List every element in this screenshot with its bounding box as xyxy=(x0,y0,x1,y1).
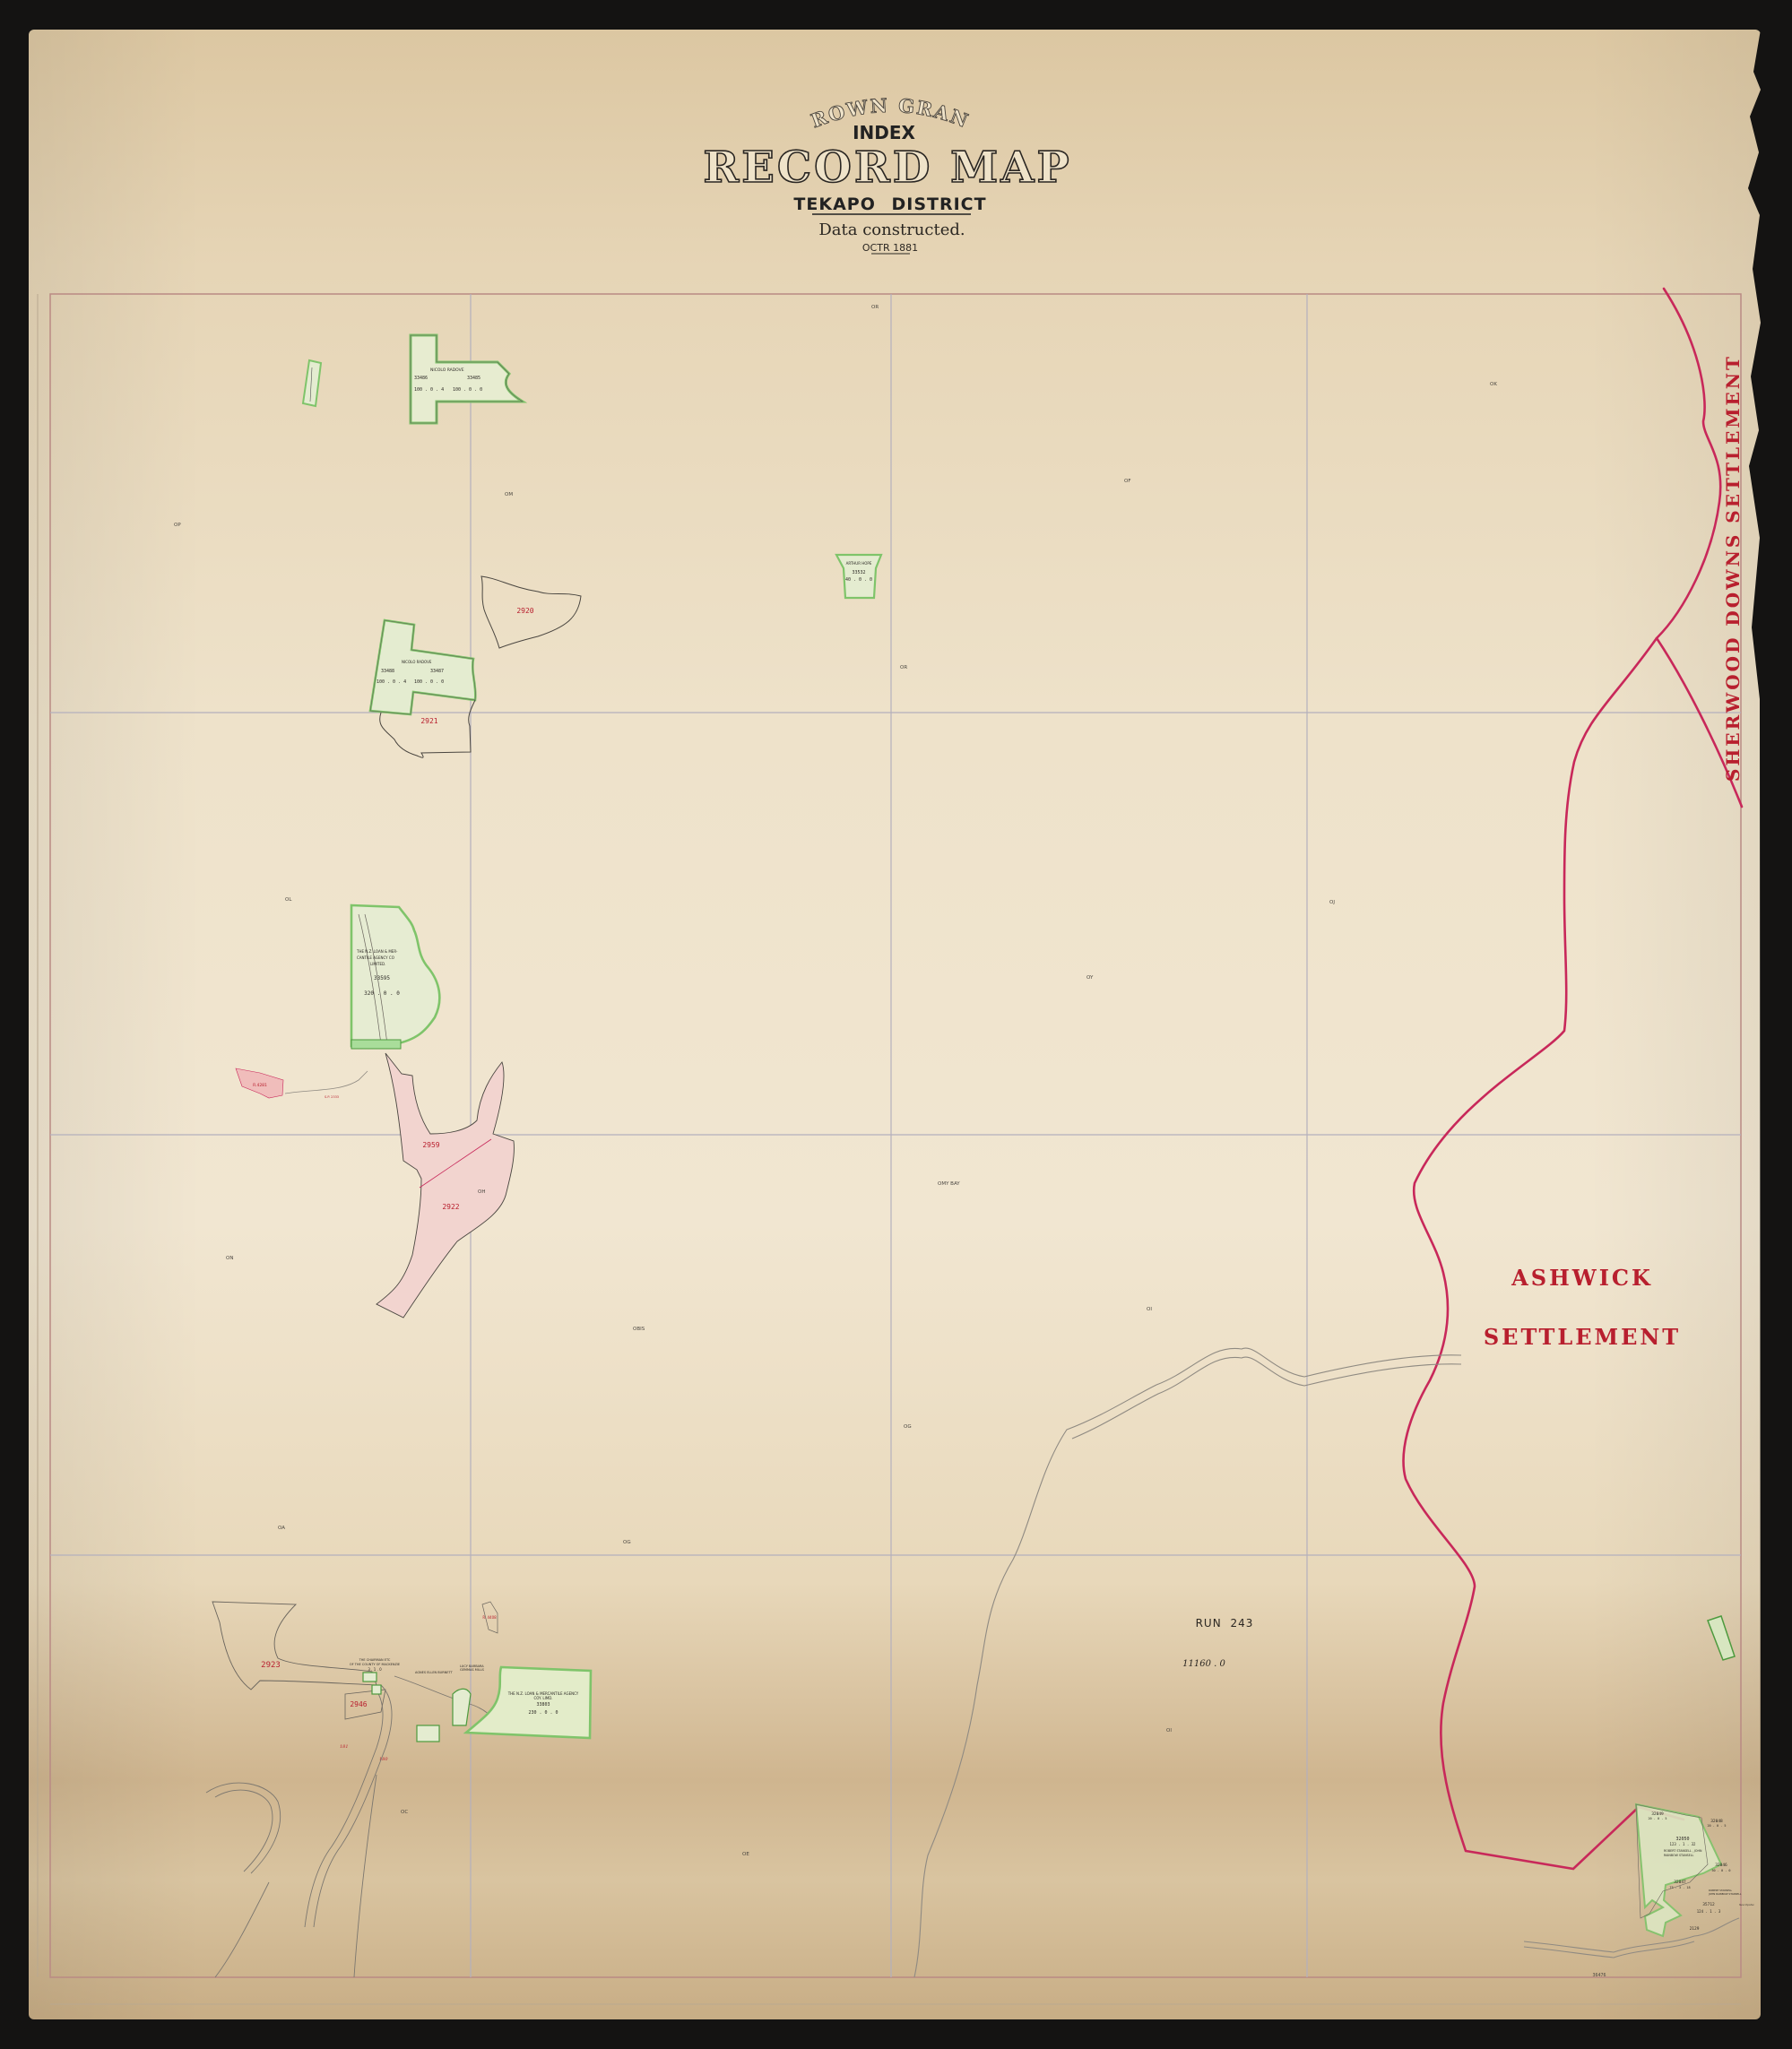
section-number: 2921 xyxy=(420,717,437,725)
parcel-owner: CANTILE AGENCY CO xyxy=(357,955,394,960)
run-label: RUN 243 xyxy=(1196,1617,1254,1630)
parcel-number: 33487 xyxy=(430,669,444,674)
parcel-area: 230 . 0 . 0 xyxy=(528,1710,558,1716)
station-marker: OY xyxy=(1086,975,1094,981)
sherwood-downs-label: SHERWOOD DOWNS SETTLEMENT xyxy=(1722,354,1744,782)
section-number: 2922 xyxy=(442,1203,459,1211)
station-marker: OJ xyxy=(1329,900,1335,905)
parcel-number: 33488 xyxy=(381,669,394,674)
parcel-area: 50 . 0 . 0 xyxy=(1711,1869,1730,1872)
station-marker: ON xyxy=(226,1256,233,1261)
station-marker: OP xyxy=(174,523,181,528)
parcel-owner: LIMITED. xyxy=(370,962,385,966)
station-marker: OMY BAY xyxy=(938,1181,960,1187)
parcel-area: 124 . 1 . 3 xyxy=(1697,1909,1721,1914)
station-marker: OF xyxy=(1124,479,1131,484)
station-marker: OR xyxy=(871,305,879,310)
parcel-number: 35712 xyxy=(1702,1902,1715,1907)
station-marker: OC xyxy=(401,1810,408,1815)
parcel-area: 123 . 1 . 32 xyxy=(1670,1842,1696,1846)
station-marker: OI xyxy=(1147,1307,1152,1312)
parcel-number: 2129 xyxy=(1690,1926,1700,1932)
parcel-area: 100 . 0 . 4 xyxy=(414,387,444,393)
sp-label: S.P. 2333 xyxy=(325,1095,339,1099)
title-record-map: RECORD MAP xyxy=(703,143,1071,193)
section-number: 2923 xyxy=(261,1661,281,1670)
ashwick-label-1: ASHWICK xyxy=(1511,1265,1653,1291)
station-marker: OK xyxy=(1490,382,1497,387)
title-date: OCTR 1881 xyxy=(862,242,918,254)
parcel-area: 100 . 0 . 4 xyxy=(377,679,406,685)
parcel-number: 32046 xyxy=(1715,1863,1727,1868)
record-map: CROWN GRANT INDEX RECORD MAP TEKAPO DIST… xyxy=(0,0,1792,2049)
station-marker: OI xyxy=(1166,1728,1172,1733)
parcel-area: 20 . 0 . 5 xyxy=(1648,1817,1666,1820)
parcel-owner: OF THE COUNTY OF MACKENZIE xyxy=(350,1663,400,1666)
parcel-owner: ROBERT STANSELL , JOHN xyxy=(1664,1849,1702,1853)
run-area: 11160 . 0 xyxy=(1182,1659,1225,1669)
parcel-area: 20 . 0 . 5 xyxy=(1707,1824,1726,1828)
parcel-owner: COY. LIMD. xyxy=(533,1696,552,1700)
station-marker: OG xyxy=(623,1540,631,1545)
parcel-area: 73 . 3 . 18 xyxy=(1669,1886,1690,1889)
title-index: INDEX xyxy=(853,122,915,143)
title-constructed: Data constructed. xyxy=(818,220,965,239)
station-marker: OM xyxy=(505,492,513,497)
parcel-owner: NICOLO RADOVE xyxy=(430,367,464,373)
parcel-number: 33485 xyxy=(467,376,480,381)
parcel-owner: GEMMAS MILLS xyxy=(460,1668,485,1672)
parcel-area: 100 . 0 . 0 xyxy=(453,387,482,393)
parcel-owner: THE N.Z. LOAN & MER- xyxy=(356,949,398,954)
bottom-reference-number: 36476 xyxy=(1592,1973,1606,1978)
parcel-number: 33532 xyxy=(852,570,865,575)
section-number: 2920 xyxy=(516,607,533,615)
ashwick-label-2: SETTLEMENT xyxy=(1484,1324,1681,1350)
reserve-number: R. 4408 xyxy=(482,1615,497,1620)
parcel-note: See Opuha xyxy=(1739,1903,1754,1906)
reserve-number: R.4281 xyxy=(253,1083,267,1088)
station-marker: OL xyxy=(285,897,292,903)
parcel-area: 40 . 0 . 0 xyxy=(845,577,872,583)
parcel-owner: ARTHUR HOPE xyxy=(846,561,872,566)
parcel-area: 320 . 0 . 0 xyxy=(364,990,400,997)
parcel-number: 33803 xyxy=(536,1702,550,1707)
section-number: 2946 xyxy=(350,1700,367,1708)
parcel-owner: AGNES ELLEN BURNETT xyxy=(415,1671,454,1674)
parcel-number: 32047 xyxy=(1674,1880,1686,1885)
station-marker: OH xyxy=(478,1189,485,1195)
parcel-owner: NICOLO RADOVE xyxy=(402,660,432,664)
title-district: TEKAPO DISTRICT xyxy=(793,195,986,214)
section-number: 181 xyxy=(340,1744,349,1750)
parcel-area: 100 . 0 . 0 xyxy=(414,679,444,685)
parcel-number: 33595 xyxy=(374,975,390,981)
station-marker: OG xyxy=(904,1424,912,1430)
parcel-owner: JOHN RAINBOW STANSELL xyxy=(1708,1892,1742,1896)
parcel-owner: THE CHAIRMAN ETC xyxy=(359,1658,391,1662)
station-marker: OE xyxy=(742,1852,749,1857)
station-marker: OR xyxy=(900,665,907,670)
parcel-owner: RAINBOW STANSELL xyxy=(1664,1854,1694,1857)
parcel-area: 3 . 1 . 0 xyxy=(368,1667,382,1672)
parcel-number: 33486 xyxy=(414,376,428,381)
section-number: 2959 xyxy=(422,1141,439,1149)
station-marker: OA xyxy=(278,1526,285,1531)
paper-sheet xyxy=(29,30,1792,2019)
station-marker: OBIS xyxy=(633,1327,645,1332)
